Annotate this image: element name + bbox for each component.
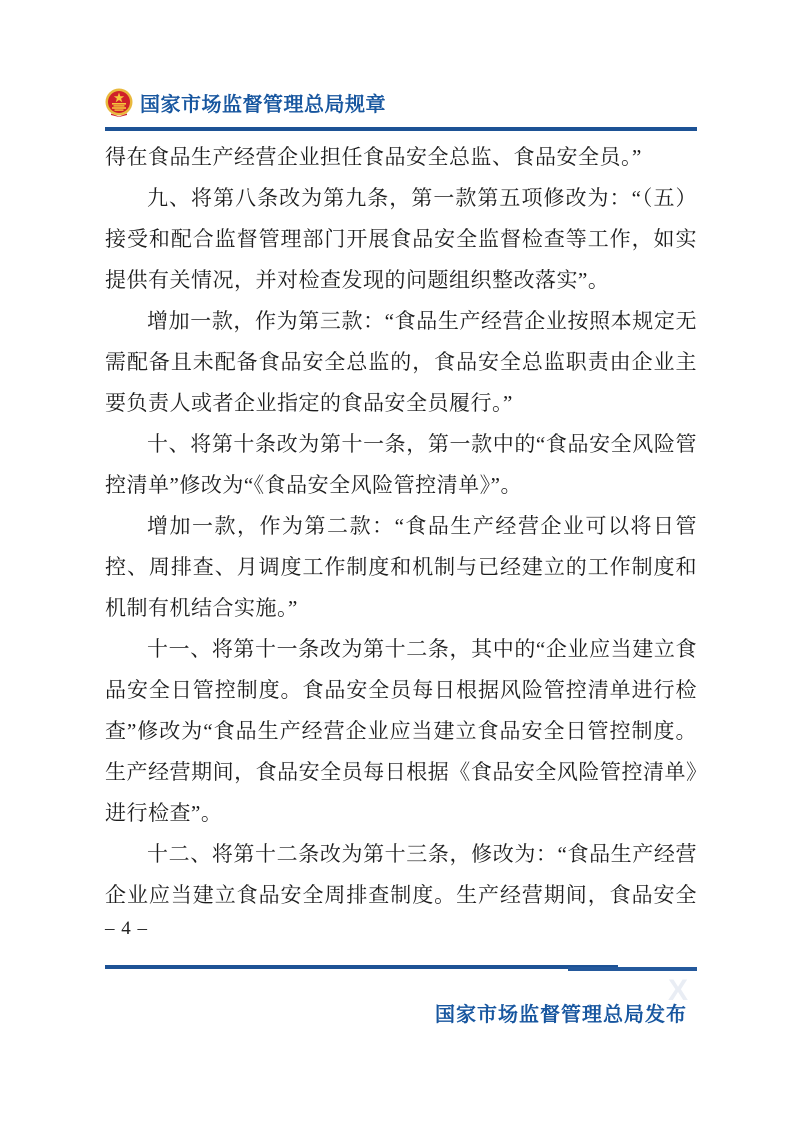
document-page: 国家市场监督管理总局规章 得在食品生产经营企业担任食品安全总监、食品安全员。”九…: [0, 0, 793, 1122]
header-divider: [105, 127, 697, 131]
page-header: 国家市场监督管理总局规章: [105, 86, 697, 118]
paragraph: 增加一款，作为第二款：“食品生产经营企业可以将日管控、周排查、月调度工作制度和机…: [105, 506, 697, 629]
national-emblem-icon: [105, 88, 133, 117]
page-number: – 4 –: [105, 918, 148, 940]
paragraph: 九、将第八条改为第九条，第一款第五项修改为：“（五）接受和配合监督管理部门开展食…: [105, 178, 697, 301]
paragraph: 十、将第十条改为第十一条，第一款中的“食品安全风险管控清单”修改为“《食品安全风…: [105, 424, 697, 506]
footer-divider-segment: [568, 967, 697, 971]
body-paragraphs: 得在食品生产经营企业担任食品安全总监、食品安全员。”九、将第八条改为第九条，第一…: [105, 137, 697, 919]
paragraph: 增加一款，作为第三款：“食品生产经营企业按照本规定无需配备且未配备食品安全总监的…: [105, 301, 697, 424]
publisher-label: 国家市场监督管理总局发布: [435, 998, 687, 1027]
paragraph: 得在食品生产经营企业担任食品安全总监、食品安全员。”: [105, 137, 697, 178]
paragraph: 十一、将第十一条改为第十二条，其中的“企业应当建立食品安全日管控制度。食品安全员…: [105, 629, 697, 834]
paragraph: 十二、将第十二条改为第十三条，修改为：“食品生产经营企业应当建立食品安全周排查制…: [105, 834, 697, 919]
footer-divider: [105, 965, 618, 969]
header-title: 国家市场监督管理总局规章: [140, 88, 386, 117]
